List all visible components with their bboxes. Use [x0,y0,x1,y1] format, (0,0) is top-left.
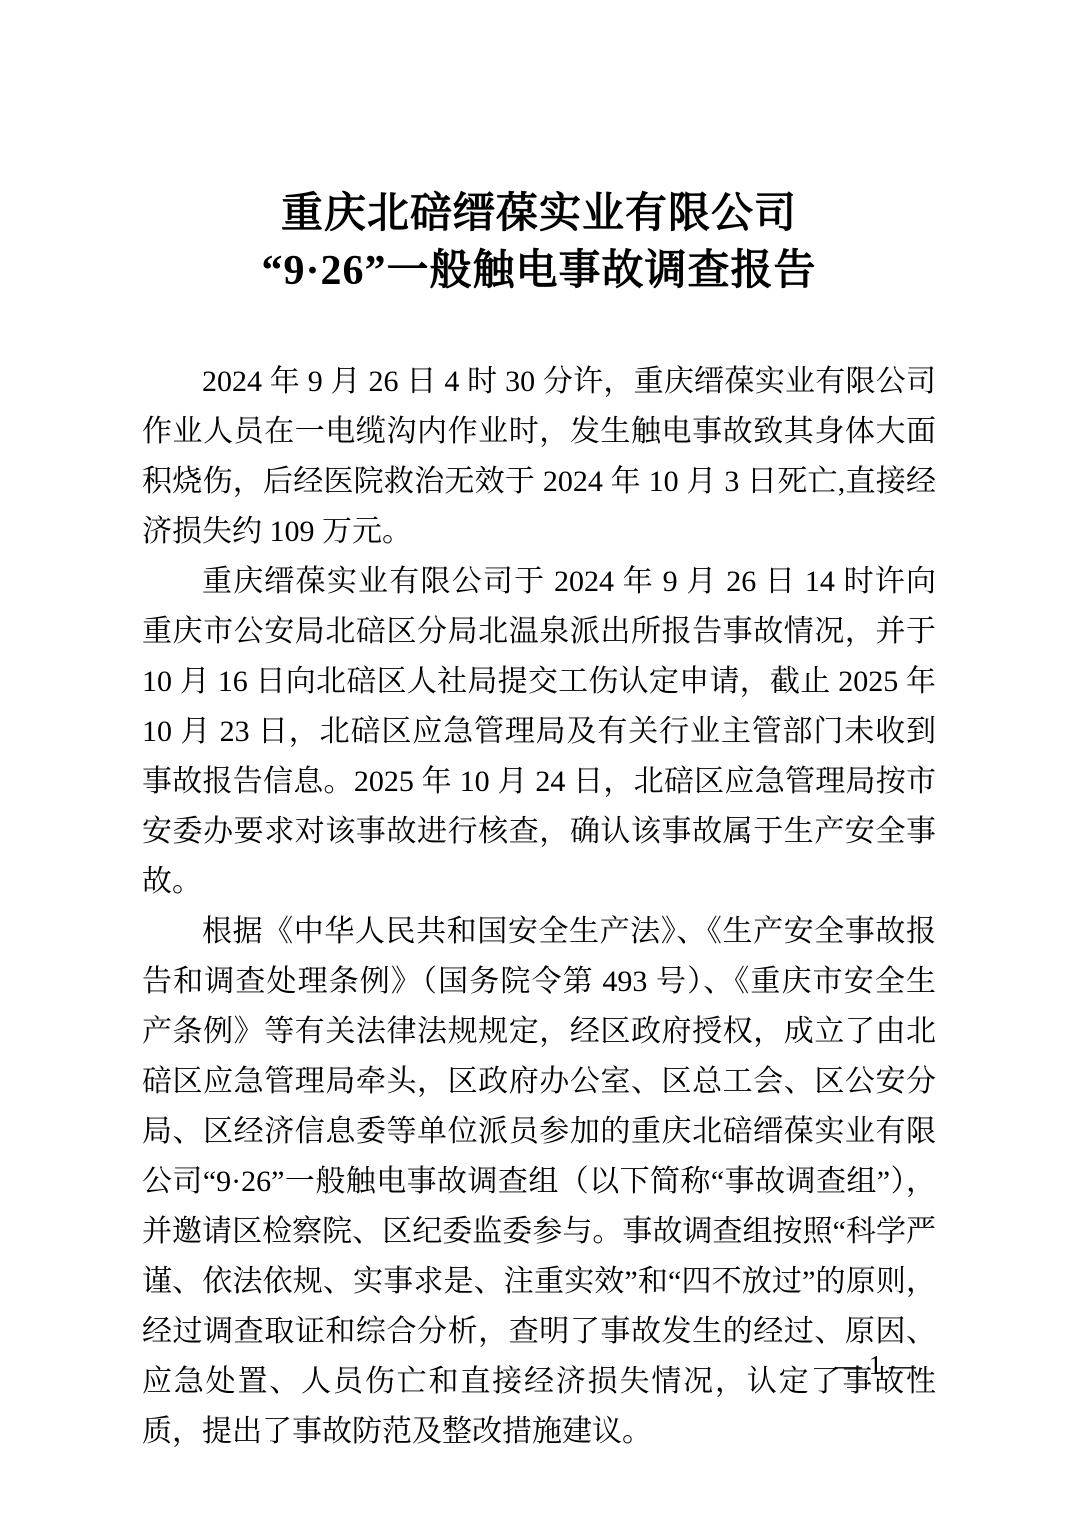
report-content: 重庆北碚缙葆实业有限公司 “9·26”一般触电事故调查报告 2024 年 9 月… [142,186,936,1457]
page-number: — 1 — [835,1350,916,1380]
report-page: 重庆北碚缙葆实业有限公司 “9·26”一般触电事故调查报告 2024 年 9 月… [0,0,1074,1520]
report-title-line1: 重庆北碚缙葆实业有限公司 [142,186,936,243]
paragraph-accident-summary: 2024 年 9 月 26 日 4 时 30 分许，重庆缙葆实业有限公司作业人员… [142,357,936,557]
page-footer: — 1 — [142,1350,936,1381]
report-body: 2024 年 9 月 26 日 4 时 30 分许，重庆缙葆实业有限公司作业人员… [142,357,936,1457]
report-title-line2: “9·26”一般触电事故调查报告 [142,243,936,300]
paragraph-report-verification: 重庆缙葆实业有限公司于 2024 年 9 月 26 日 14 时许向重庆市公安局… [142,557,936,907]
report-title: 重庆北碚缙葆实业有限公司 “9·26”一般触电事故调查报告 [142,186,936,300]
